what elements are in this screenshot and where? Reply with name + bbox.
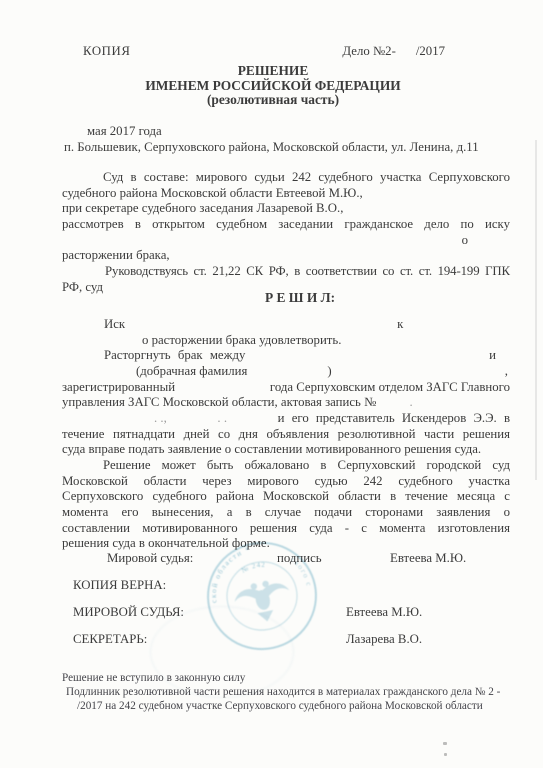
registry-record-text: управления ЗАГС Московской области, акто… <box>62 395 376 409</box>
representative-text: и его представитель Искендеров Э.Э. в <box>278 411 510 427</box>
body-line: течение пятнадцати дней со дня объявлени… <box>62 427 510 443</box>
body-line: Серпуховского судебного района Московско… <box>62 489 510 505</box>
doc-subtitle-part: (резолютивная часть) <box>40 93 506 108</box>
claim-word: Иск <box>104 317 125 333</box>
redacted-dots: . ., <box>154 411 167 427</box>
header-row: КОПИЯ Дело №2- /2017 <box>62 44 510 59</box>
claim-line: Иск к <box>62 317 510 333</box>
maiden-name-paren: ) <box>327 364 331 380</box>
scan-edge-line <box>535 140 537 480</box>
judge-label-2: МИРОВОЙ СУДЬЯ: <box>73 605 184 620</box>
body-line: рассмотрев в открытом судебном заседании… <box>62 217 510 233</box>
body-line: (добрачная фамилия ) , <box>62 364 510 380</box>
copy-stamp-label: КОПИЯ <box>83 44 130 59</box>
redacted-dot: . <box>410 395 413 409</box>
divorce-line-left: Расторгнуть брак между <box>104 348 245 364</box>
body-line: Расторгнуть брак между и <box>62 348 510 364</box>
body-line: зарегистрированный года Серпуховским отд… <box>62 380 510 396</box>
document-page: КОПИЯ Дело №2- /2017 РЕШЕНИЕ ИМЕНЕМ РОСС… <box>0 0 543 768</box>
copy-correct-label: КОПИЯ ВЕРНА: <box>73 578 166 593</box>
resolution-block: Иск к о расторжении брака удовлетворить.… <box>62 317 510 552</box>
body-line: Решение может быть обжаловано в Серпухов… <box>62 458 510 474</box>
case-number-suffix: /2017 <box>416 44 445 59</box>
body-line: о <box>62 233 510 249</box>
body-line: момента его вынесения, а в случае подачи… <box>62 505 510 521</box>
court-composition-block: Суд в составе: мирового судьи 242 судебн… <box>62 170 510 295</box>
secretary-label: СЕКРЕТАРЬ: <box>73 632 147 647</box>
case-number-prefix: Дело №2- <box>342 44 395 59</box>
footer-line: /2017 на 242 судебном участке Серпуховск… <box>62 700 510 714</box>
body-line: Суд в составе: мирового судьи 242 судебн… <box>62 170 510 186</box>
judge-label: Мировой судья: <box>107 551 193 566</box>
maiden-name-comma: , <box>505 364 508 380</box>
doc-title: РЕШЕНИЕ <box>40 64 506 79</box>
judge-signature-row: Мировой судья: подпись Евтеева М.Ю. <box>62 551 510 568</box>
body-line: составлении мотивированного решения суда… <box>62 521 510 537</box>
claim-defendant-marker: к <box>397 317 403 333</box>
secretary-row: СЕКРЕТАРЬ: Лазарева В.О. <box>62 632 510 649</box>
maiden-name-label: (добрачная фамилия <box>136 364 247 380</box>
registered-word: зарегистрированный <box>62 380 175 396</box>
body-line: судебного района Московской области Евте… <box>62 186 510 202</box>
body-line: Московской области через мирового судью … <box>62 474 510 490</box>
body-line: управления ЗАГС Московской области, акто… <box>62 395 510 411</box>
scan-speck <box>443 742 447 745</box>
title-block: РЕШЕНИЕ ИМЕНЕМ РОССИЙСКОЙ ФЕДЕРАЦИИ (рез… <box>40 64 506 108</box>
redacted-dots: . . <box>217 411 227 427</box>
divorce-line-right: и <box>489 348 496 364</box>
judge-name-2: Евтеева М.Ю. <box>346 605 422 620</box>
body-line: расторжении брака, <box>62 248 510 264</box>
intro-block: мая 2017 года п. Большевик, Серпуховског… <box>62 124 510 155</box>
judge-name: Евтеева М.Ю. <box>390 551 466 566</box>
judge-certify-row: МИРОВОЙ СУДЬЯ: Евтеева М.Ю. <box>62 605 510 622</box>
secretary-name: Лазарева В.О. <box>346 632 422 647</box>
body-line: при секретаре судебного заседания Лазаре… <box>62 201 510 217</box>
body-line: суда вправе подать заявление о составлен… <box>62 442 510 458</box>
footer-block: Решение не вступило в законную силу Подл… <box>62 672 510 714</box>
date-line: мая 2017 года <box>62 124 510 140</box>
resolution-heading: Р Е Ш И Л: <box>70 290 530 306</box>
footer-line: Решение не вступило в законную силу <box>62 672 510 686</box>
body-line: о расторжении брака удовлетворить. <box>62 333 510 349</box>
body-line: Руководствуясь ст. 21,22 СК РФ, в соотве… <box>62 264 510 280</box>
copy-correct-row: КОПИЯ ВЕРНА: <box>62 578 510 595</box>
signature-word: подпись <box>277 551 322 566</box>
doc-subtitle: ИМЕНЕМ РОССИЙСКОЙ ФЕДЕРАЦИИ <box>40 79 506 94</box>
registered-office: года Серпуховским отделом ЗАГС Главного <box>270 380 510 396</box>
body-line: . ., . . и его представитель Искендеров … <box>62 411 510 427</box>
footer-line: Подлинник резолютивной части решения нах… <box>62 686 510 700</box>
scan-speck <box>444 753 447 756</box>
address-line: п. Большевик, Серпуховского района, Моск… <box>62 140 510 156</box>
body-line: решения суда в окончательной форме. <box>62 536 510 552</box>
